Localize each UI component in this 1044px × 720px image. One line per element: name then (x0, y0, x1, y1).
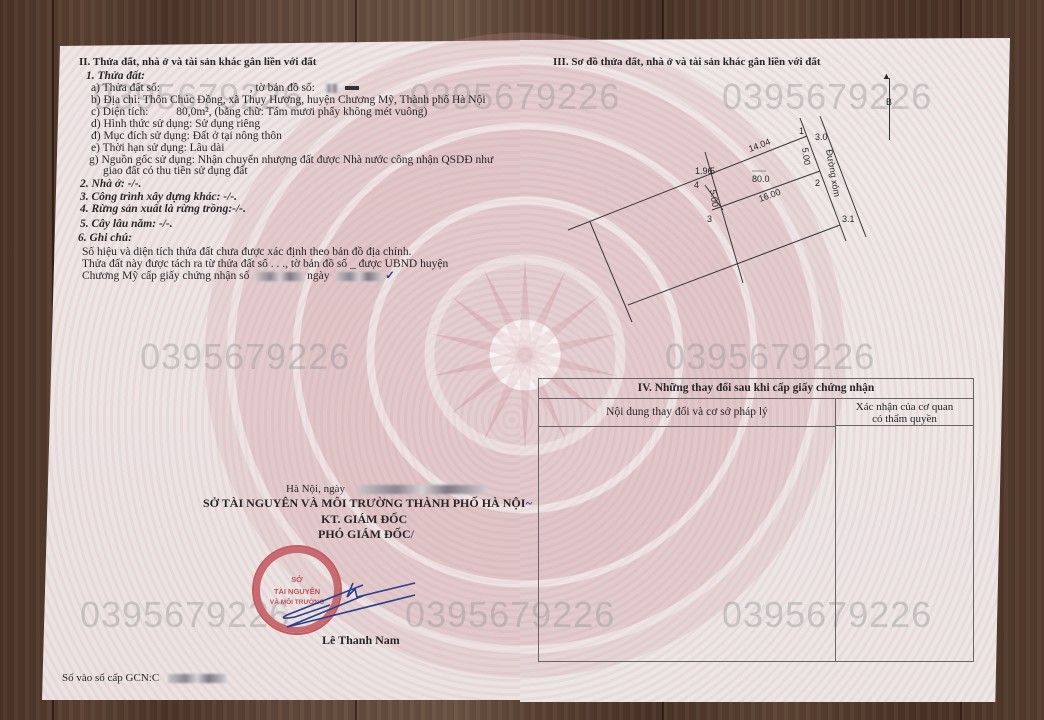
deputy-director: PHÓ GIÁM ĐỐC/ (318, 528, 414, 541)
changes-col-content: Nội dung thay đổi và cơ sở pháp lý (539, 398, 836, 427)
area-value: 80,0m², (bằng chữ: Tám mươi phẩy không m… (176, 106, 427, 118)
agency-name: SỞ TÀI NGUYÊN VÀ MÔI TRƯỜNG THÀNH PHỐ HÀ… (203, 496, 525, 510)
changes-table-title: IV. Những thay đổi sau khi cấp giấy chứn… (539, 379, 973, 399)
perennial-item: 5. Cây lâu năm: -/-. (80, 218, 173, 231)
notes-line-3: Chương Mỹ cấp giấy chứng nhận số ngày ✓ (82, 270, 395, 283)
registry-label: Số vào sổ cấp GCN:C (62, 672, 159, 684)
plot-point: 3 (707, 214, 712, 224)
redacted-value (168, 674, 226, 683)
deputy-title: PHÓ GIÁM ĐỐC (318, 527, 411, 541)
road-width: 3.0 (815, 132, 828, 142)
initial-mark: ✓ (385, 270, 395, 282)
issuing-agency: SỞ TÀI NGUYÊN VÀ MÔI TRƯỜNG THÀNH PHỐ HÀ… (203, 497, 532, 510)
road-width: 3.1 (842, 214, 855, 224)
north-arrow-head: ▲ (882, 70, 891, 83)
section-ii-title: II. Thửa đất, nhà ở và tài sản khác gắn … (79, 56, 316, 69)
edge-length: 5 (710, 166, 715, 176)
certificate-number-label: Chương Mỹ cấp giấy chứng nhận số (82, 270, 249, 282)
initial-mark: ~ (525, 496, 532, 510)
land-certificate: 0395679226 0395679226 0395679226 0395679… (0, 0, 1044, 720)
plot-area: 80.0 (752, 174, 770, 184)
parcel-label: a) Thửa đất số: (91, 82, 160, 94)
changes-col-authority: Xác nhận của cơ quan có thẩm quyền (836, 398, 973, 426)
redacted-value (326, 84, 338, 93)
plot-point: 2 (815, 178, 820, 188)
registry-number: Số vào sổ cấp GCN:C (62, 672, 226, 685)
plot-point: 1 (799, 126, 804, 136)
plot-diagram: 1 3.0 14.04 1.96 5 4 80.0 2 5.00 5.00 16… (560, 110, 880, 330)
map-sheet-label: , tờ bản đồ số: (250, 82, 315, 94)
place-date-label: Hà Nội, ngày (286, 483, 345, 495)
initial-mark: / (411, 527, 414, 541)
usage-origin-cont: giao đất có thu tiền sử dụng đất (103, 165, 248, 178)
section-iii-title: III. Sơ đồ thửa đất, nhà ở và tài sản kh… (553, 56, 821, 69)
notes-heading: 6. Ghi chú: (78, 232, 132, 245)
signature (275, 575, 425, 630)
area-label: c) Diện tích: (91, 106, 148, 118)
place-date: Hà Nội, ngày (286, 483, 486, 496)
plot-point: 4 (694, 180, 699, 190)
redacted-value (336, 272, 382, 281)
edge-length: 5.00 (800, 147, 812, 166)
house-item: 2. Nhà ở: -/-. (80, 178, 141, 191)
north-label: B (886, 96, 892, 109)
column-divider (835, 426, 836, 661)
edge-length: 5.00 (708, 189, 720, 208)
edge-length: 16.00 (757, 187, 782, 204)
changes-table: IV. Những thay đổi sau khi cấp giấy chứn… (538, 378, 974, 662)
date-label: ngày (307, 270, 329, 282)
redacted-value (345, 86, 359, 90)
authority-line-1: Xác nhận của cơ quan (836, 401, 973, 413)
signer-name: Lê Thanh Nam (322, 634, 400, 647)
kt-director: KT. GIÁM ĐỐC (321, 513, 407, 526)
redacted-value (358, 485, 486, 494)
redacted-value (256, 272, 304, 281)
authority-line-2: có thẩm quyền (836, 413, 973, 425)
forest-item: 4. Rừng sản xuất là rừng trồng:-/-. (80, 203, 246, 216)
